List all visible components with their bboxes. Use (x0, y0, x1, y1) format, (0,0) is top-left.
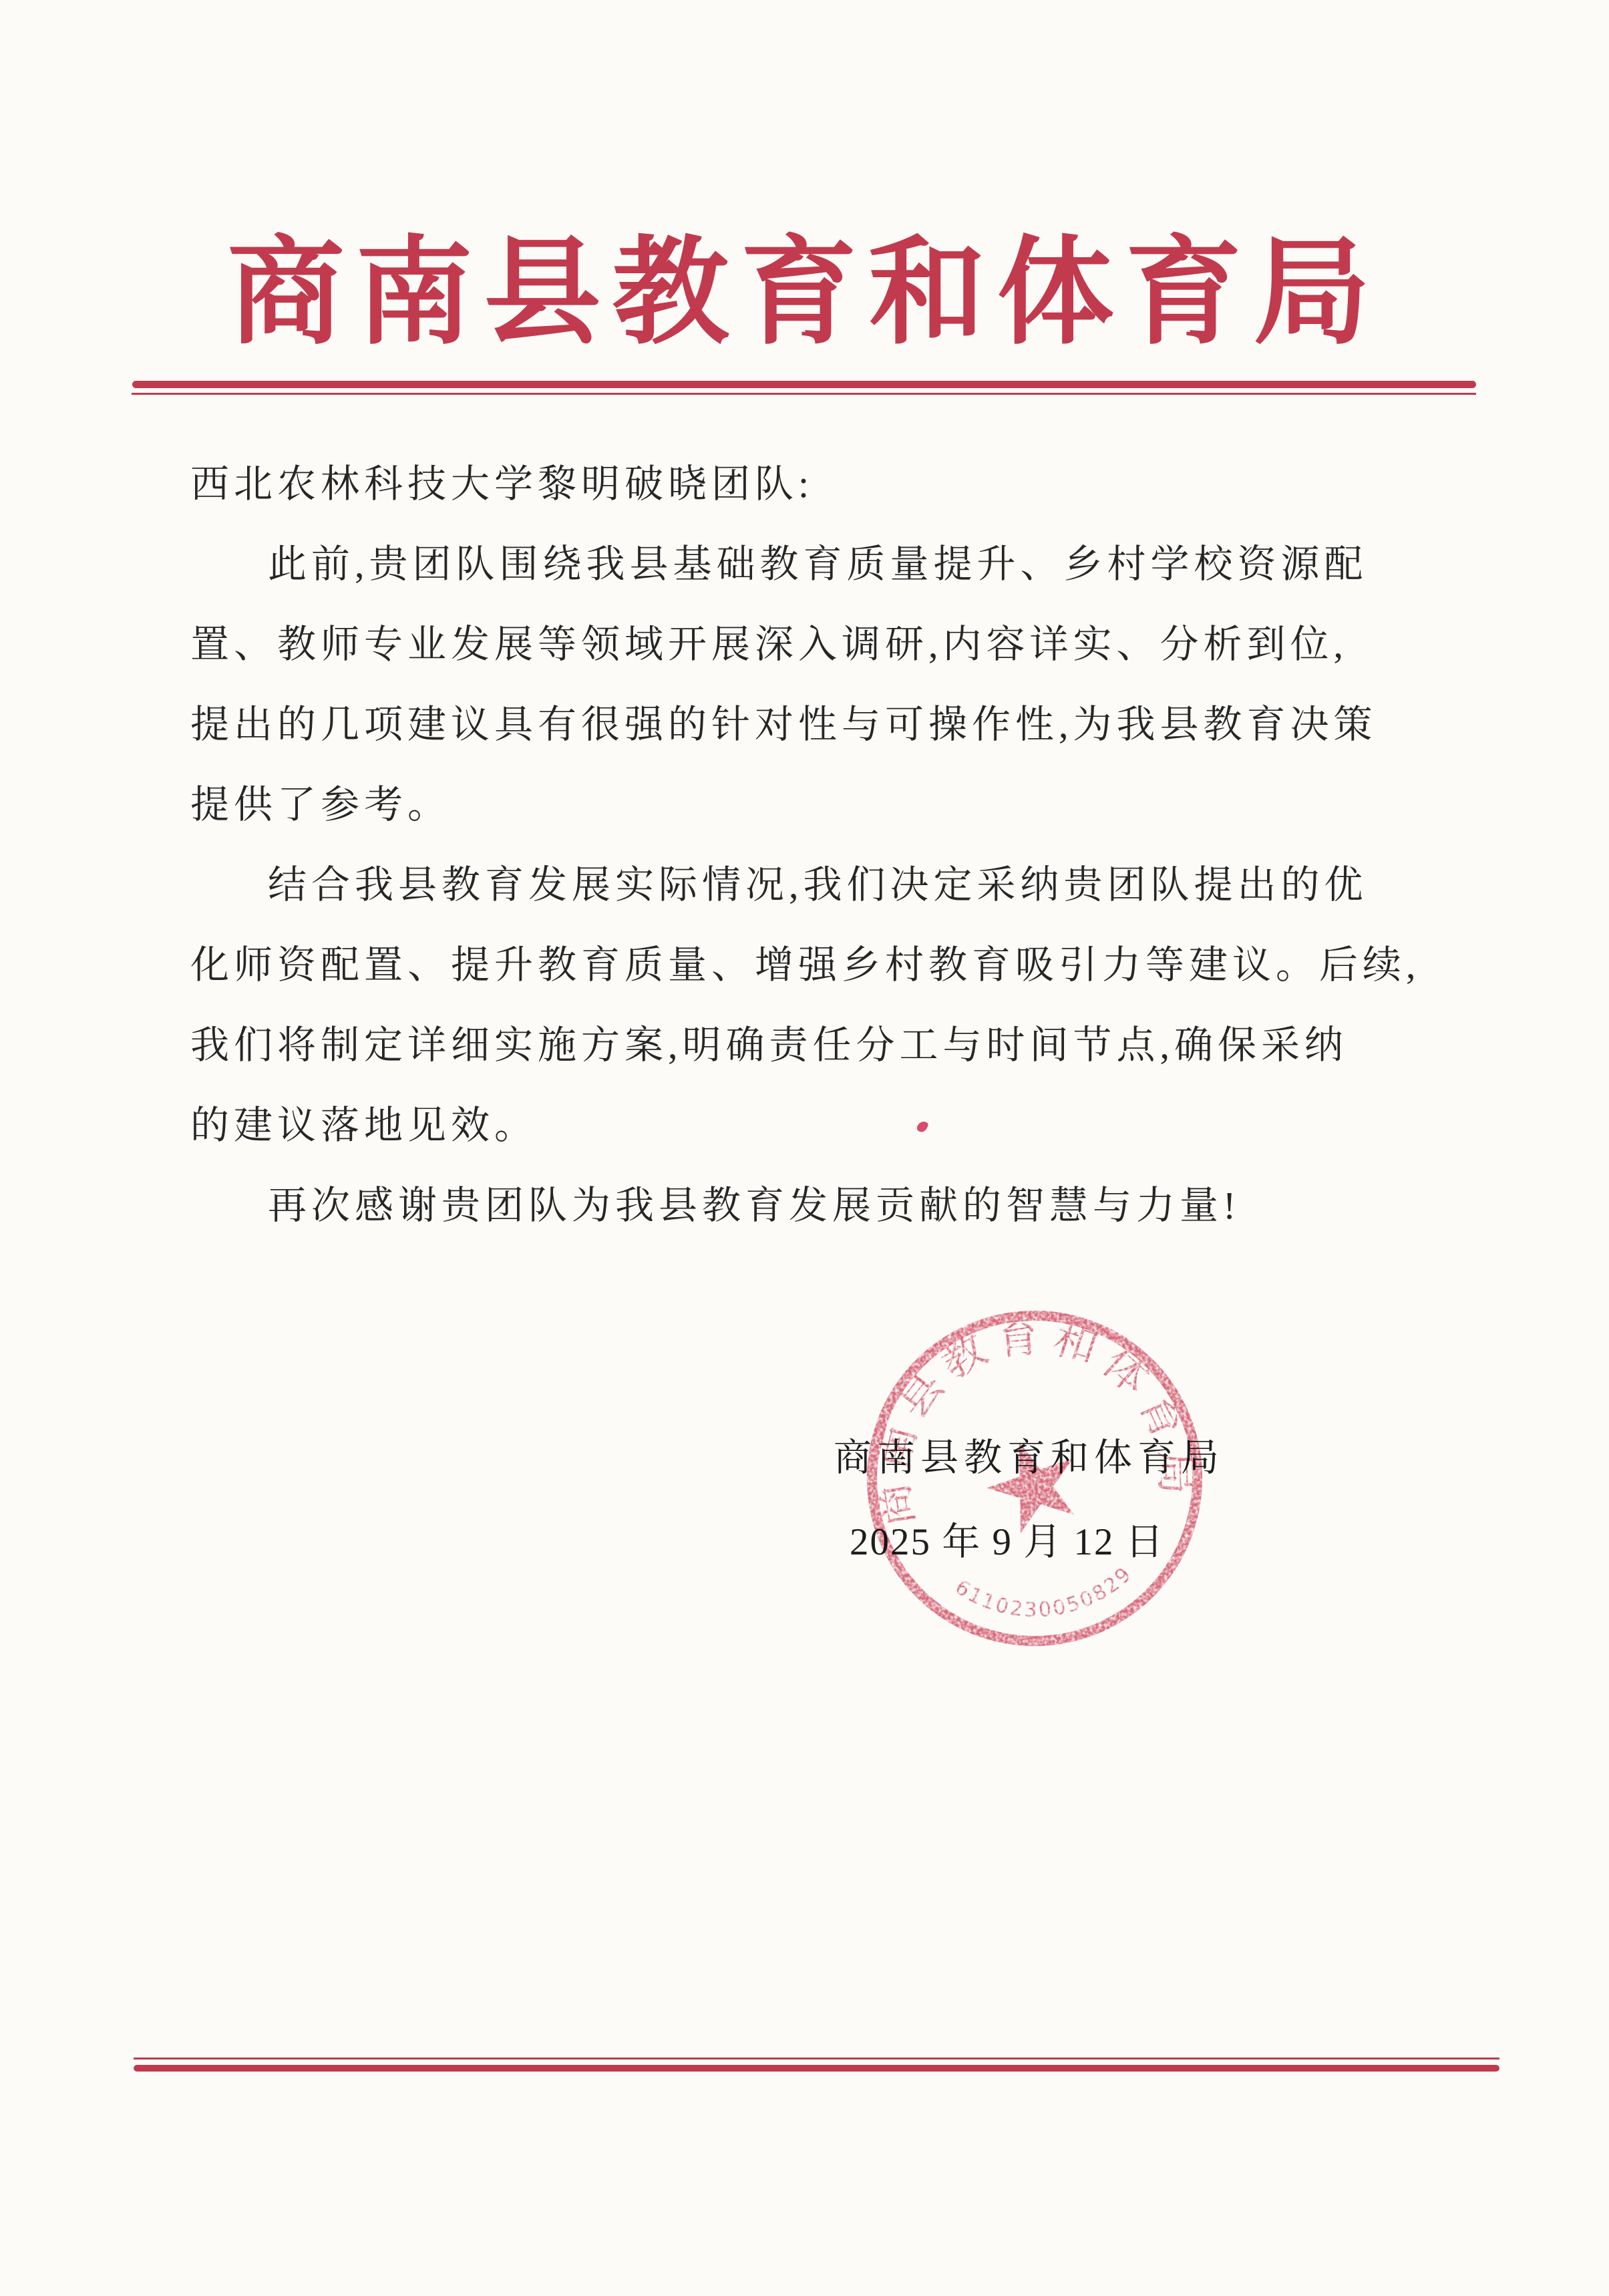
official-seal: 商南县教育和体育局 6110230050829 (810, 1254, 1259, 1703)
body-line: 的建议落地见效。 (190, 1086, 1434, 1166)
body-line: 此前,贵团队围绕我县基础教育质量提升、乡村学校资源配 (190, 524, 1434, 605)
footer-rule-thick (134, 2065, 1499, 2072)
body-line: 我们将制定详细实施方案,明确责任分工与时间节点,确保采纳 (190, 1005, 1434, 1086)
body-line: 结合我县教育发展实际情况,我们决定采纳贵团队提出的优 (190, 845, 1434, 925)
letterhead-title: 商南县教育和体育局 (0, 232, 1609, 355)
red-star-icon (976, 1427, 1091, 1539)
letter-body: 西北农林科技大学黎明破晓团队: 此前,贵团队围绕我县基础教育质量提升、乡村学校资… (190, 444, 1434, 1246)
letter-page: 商南县教育和体育局 西北农林科技大学黎明破晓团队: 此前,贵团队围绕我县基础教育… (0, 0, 1609, 2296)
body-line: 化师资配置、提升教育质量、增强乡村教育吸引力等建议。后续, (190, 925, 1434, 1005)
header-rule-thick (132, 381, 1476, 388)
body-line: 提出的几项建议具有很强的针对性与可操作性,为我县教育决策 (190, 685, 1434, 765)
body-line: 提供了参考。 (190, 765, 1434, 845)
header-rule-thin (132, 393, 1476, 395)
body-line: 再次感谢贵团队为我县教育发展贡献的智慧与力量! (190, 1166, 1434, 1246)
body-line-salutation: 西北农林科技大学黎明破晓团队: (190, 444, 1434, 524)
footer-rule-thin (134, 2058, 1499, 2060)
body-line: 置、教师专业发展等领域开展深入调研,内容详实、分析到位, (190, 605, 1434, 685)
